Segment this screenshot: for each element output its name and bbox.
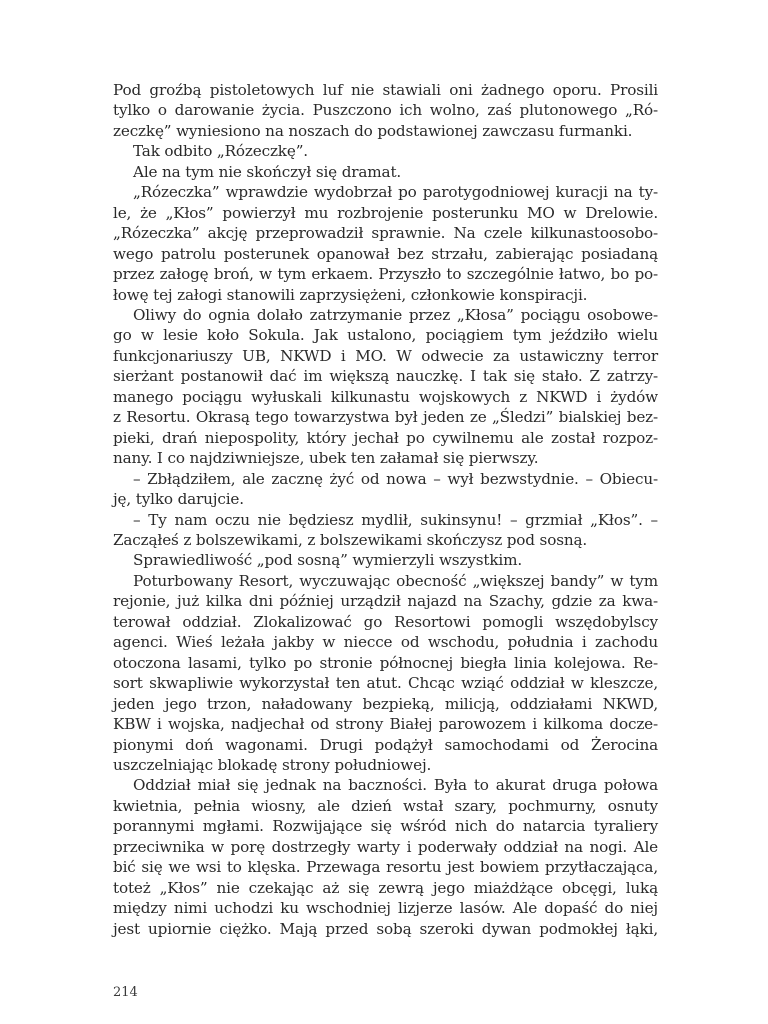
text-line: Oliwy do ognia dolało zatrzymanie przez … xyxy=(113,305,658,325)
text-line: Sprawiedliwość „pod sosną” wymierzyli ws… xyxy=(113,550,658,570)
text-line: – Zbłądziłem, ale zacznę żyć od nowa – w… xyxy=(113,469,658,489)
text-line: otoczona lasami, tylko po stronie północ… xyxy=(113,653,658,673)
text-line: ję, tylko darujcie. xyxy=(113,489,658,509)
text-line: – Ty nam oczu nie będziesz mydlił, sukin… xyxy=(113,510,658,530)
text-line: Tak odbito „Rózeczkę”. xyxy=(113,141,658,161)
text-line: wego patrolu posterunek opanował bez str… xyxy=(113,244,658,264)
paragraph: Oliwy do ognia dolało zatrzymanie przez … xyxy=(113,305,658,469)
text-line: Ale na tym nie skończył się dramat. xyxy=(113,162,658,182)
text-line: bić się we wsi to klęska. Przewaga resor… xyxy=(113,857,658,877)
text-line: porannymi mgłami. Rozwijające się wśród … xyxy=(113,816,658,836)
text-line: toteż „Kłos” nie czekając aż się zewrą j… xyxy=(113,878,658,898)
text-line: między nimi uchodzi ku wschodniej lizjer… xyxy=(113,898,658,918)
paragraph: Poturbowany Resort, wyczuwając obecność … xyxy=(113,571,658,776)
text-line: Poturbowany Resort, wyczuwając obecność … xyxy=(113,571,658,591)
text-line: kwietnia, pełnia wiosny, ale dzień wstał… xyxy=(113,796,658,816)
text-line: nany. I co najdziwniejsze, ubek ten zała… xyxy=(113,448,658,468)
text-line: pionymi doń wagonami. Drugi podążył samo… xyxy=(113,735,658,755)
text-line: jest upiornie ciężko. Mają przed sobą sz… xyxy=(113,919,658,939)
paragraph: Tak odbito „Rózeczkę”. xyxy=(113,141,658,161)
text-line: z Resortu. Okrasą tego towarzystwa był j… xyxy=(113,407,658,427)
paragraph: „Rózeczka” wprawdzie wydobrzał po paroty… xyxy=(113,182,658,305)
text-line: funkcjonariuszy UB, NKWD i MO. W odwecie… xyxy=(113,346,658,366)
text-line: jeden jego trzon, naładowany bezpieką, m… xyxy=(113,694,658,714)
text-line: sierżant postanowił dać im większą naucz… xyxy=(113,366,658,386)
text-line: go w lesie koło Sokula. Jak ustalono, po… xyxy=(113,325,658,345)
paragraph: – Ty nam oczu nie będziesz mydlił, sukin… xyxy=(113,510,658,551)
text-line: łowę tej załogi stanowili zaprzysiężeni,… xyxy=(113,285,658,305)
text-line: zeczkę” wyniesiono na noszach do podstaw… xyxy=(113,121,658,141)
text-line: przez załogę broń, w tym erkaem. Przyszł… xyxy=(113,264,658,284)
text-line: KBW i wojska, nadjechał od strony Białej… xyxy=(113,714,658,734)
text-line: terował oddział. Zlokalizować go Resorto… xyxy=(113,612,658,632)
book-page-text: Pod groźbą pistoletowych luf nie stawial… xyxy=(113,80,658,939)
text-line: tylko o darowanie życia. Puszczono ich w… xyxy=(113,100,658,120)
text-line: „Rózeczka” akcję przeprowadził sprawnie.… xyxy=(113,223,658,243)
text-line: uszczelniając blokadę strony południowej… xyxy=(113,755,658,775)
text-line: agenci. Wieś leżała jakby w niecce od ws… xyxy=(113,632,658,652)
paragraph: Ale na tym nie skończył się dramat. xyxy=(113,162,658,182)
paragraph: Oddział miał się jednak na baczności. By… xyxy=(113,775,658,939)
paragraph: – Zbłądziłem, ale zacznę żyć od nowa – w… xyxy=(113,469,658,510)
text-line: sort skwapliwie wykorzystał ten atut. Ch… xyxy=(113,673,658,693)
text-line: Pod groźbą pistoletowych luf nie stawial… xyxy=(113,80,658,100)
text-line: pieki, drań niepospolity, który jechał p… xyxy=(113,428,658,448)
text-line: manego pociągu wyłuskali kilkunastu wojs… xyxy=(113,387,658,407)
paragraph: Sprawiedliwość „pod sosną” wymierzyli ws… xyxy=(113,550,658,570)
paragraph: Pod groźbą pistoletowych luf nie stawial… xyxy=(113,80,658,141)
text-line: rejonie, już kilka dni później urządził … xyxy=(113,591,658,611)
text-line: Zacząłeś z bolszewikami, z bolszewikami … xyxy=(113,530,658,550)
text-line: przeciwnika w porę dostrzegły warty i po… xyxy=(113,837,658,857)
text-line: le, że „Kłos” powierzył mu rozbrojenie p… xyxy=(113,203,658,223)
text-line: „Rózeczka” wprawdzie wydobrzał po paroty… xyxy=(113,182,658,202)
page-number: 214 xyxy=(113,985,138,1000)
text-line: Oddział miał się jednak na baczności. By… xyxy=(113,775,658,795)
